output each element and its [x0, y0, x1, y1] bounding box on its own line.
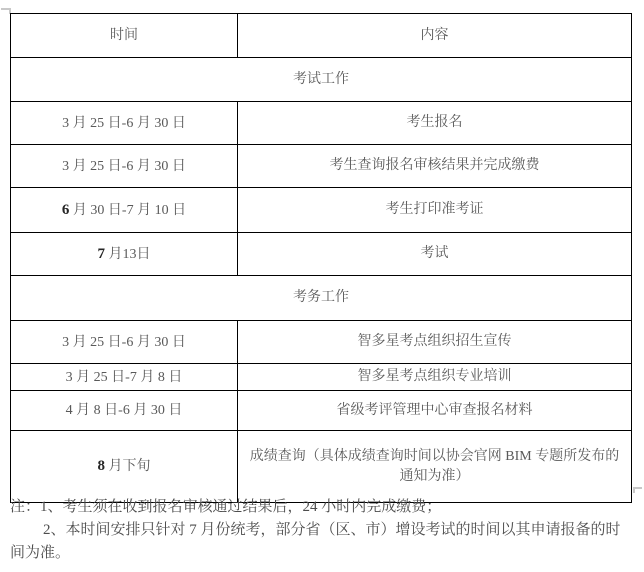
time-text: 3 月 25 日-6 月 30 日 [62, 335, 186, 350]
table-resize-handle-icon [633, 487, 642, 493]
content-cell: 考生查询报名审核结果并完成缴费 [238, 145, 632, 188]
document-page: 时间 内容 考试工作 3 月 25 日-6 月 30 日 考生报名 3 月 25… [0, 0, 644, 572]
table-row: 3 月 25 日-6 月 30 日 智多星考点组织招生宣传 [11, 321, 632, 364]
time-bold-digit: 8 [98, 458, 106, 474]
time-cell: 8 月下旬 [11, 431, 238, 503]
time-text: 3 月 25 日-6 月 30 日 [62, 116, 186, 131]
section-label: 考务工作 [11, 276, 632, 321]
time-text: 3 月 25 日-6 月 30 日 [62, 159, 186, 174]
table-row: 3 月 25 日-6 月 30 日 考生查询报名审核结果并完成缴费 [11, 145, 632, 188]
content-cell: 智多星考点组织专业培训 [238, 364, 632, 391]
content-cell: 考生打印准考证 [238, 188, 632, 233]
content-cell: 考生报名 [238, 102, 632, 145]
time-text: 月 30 日-7 月 10 日 [69, 203, 186, 218]
content-column-header: 内容 [238, 14, 632, 58]
time-bold-digit: 7 [98, 246, 106, 262]
time-cell: 3 月 25 日-7 月 8 日 [11, 364, 238, 391]
footnote-1: 注：1、考生须在收到报名审核通过结果后，24 小时内完成缴费； [10, 496, 634, 519]
table-row: 4 月 8 日-6 月 30 日 省级考评管理中心审查报名材料 [11, 391, 632, 431]
section-row-exam-admin-work: 考务工作 [11, 276, 632, 321]
time-cell: 3 月 25 日-6 月 30 日 [11, 321, 238, 364]
footnote-2: 2、本时间安排只针对 7 月份统考，部分省（区、市）增设考试的时间以其申请报备的… [10, 519, 634, 565]
exam-schedule-table: 时间 内容 考试工作 3 月 25 日-6 月 30 日 考生报名 3 月 25… [10, 13, 632, 503]
content-cell: 成绩查询（具体成绩查询时间以协会官网 BIM 专题所发布的通知为准） [238, 431, 632, 503]
time-cell: 6 月 30 日-7 月 10 日 [11, 188, 238, 233]
section-row-exam-work: 考试工作 [11, 58, 632, 102]
time-cell: 3 月 25 日-6 月 30 日 [11, 145, 238, 188]
table-row: 3 月 25 日-7 月 8 日 智多星考点组织专业培训 [11, 364, 632, 391]
table-header-row: 时间 内容 [11, 14, 632, 58]
content-cell: 省级考评管理中心审查报名材料 [238, 391, 632, 431]
time-text: 月下旬 [105, 459, 151, 474]
content-cell: 智多星考点组织招生宣传 [238, 321, 632, 364]
time-text: 4 月 8 日-6 月 30 日 [66, 403, 183, 418]
time-cell: 4 月 8 日-6 月 30 日 [11, 391, 238, 431]
footnotes: 注：1、考生须在收到报名审核通过结果后，24 小时内完成缴费； 2、本时间安排只… [10, 496, 634, 565]
table-row: 7 月13日 考试 [11, 233, 632, 276]
time-cell: 7 月13日 [11, 233, 238, 276]
table-row: 8 月下旬 成绩查询（具体成绩查询时间以协会官网 BIM 专题所发布的通知为准） [11, 431, 632, 503]
time-cell: 3 月 25 日-6 月 30 日 [11, 102, 238, 145]
time-column-header: 时间 [11, 14, 238, 58]
table-row: 6 月 30 日-7 月 10 日 考生打印准考证 [11, 188, 632, 233]
content-cell: 考试 [238, 233, 632, 276]
section-label: 考试工作 [11, 58, 632, 102]
time-text: 月13日 [105, 247, 151, 262]
table-row: 3 月 25 日-6 月 30 日 考生报名 [11, 102, 632, 145]
time-text: 3 月 25 日-7 月 8 日 [66, 370, 183, 385]
